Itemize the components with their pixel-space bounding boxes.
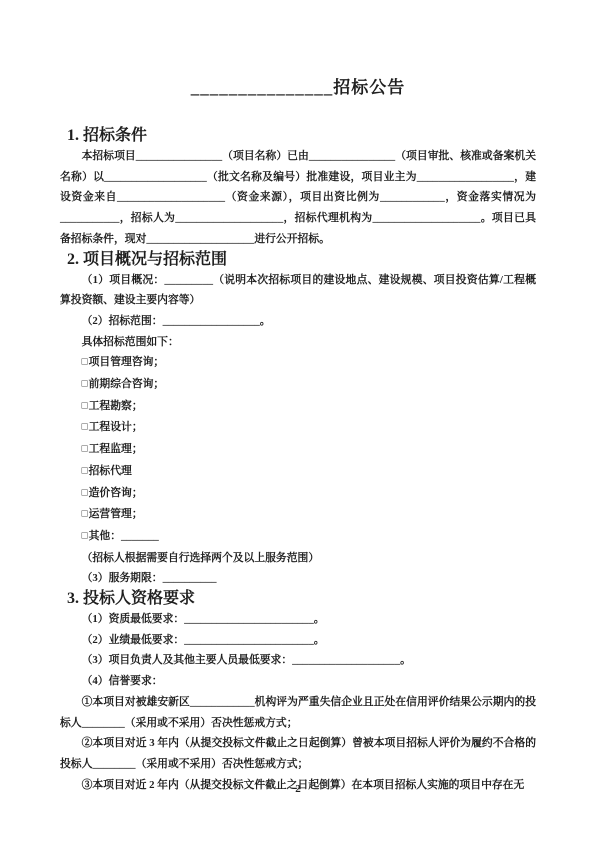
checkbox-unchecked-icon: □ xyxy=(82,396,88,417)
checkbox-item: □造价咨询； xyxy=(60,483,536,505)
section-3-heading: 3. 投标人资格要求 xyxy=(60,589,536,609)
project-overview-line: （1）项目概况：_________（说明本次招标项目的建设地点、建设规模、项目投… xyxy=(60,270,536,311)
qualification-requirement-line: （1）资质最低要求：________________________。 xyxy=(60,609,536,630)
checkbox-unchecked-icon: □ xyxy=(82,461,88,482)
page-number: 2 xyxy=(0,783,596,795)
credit-clause-1: ①本项目对被雄安新区____________机构评为严重失信企业且正处在信用评价… xyxy=(60,692,536,733)
checkbox-item: □工程设计； xyxy=(60,417,536,439)
credit-requirement-line: （4）信誉要求： xyxy=(60,671,536,692)
checkbox-item-label: 招标代理 xyxy=(89,465,132,477)
section-1-paragraph: 本招标项目________________（项目名称）已由___________… xyxy=(60,146,536,250)
scope-note-line: （招标人根据需要自行选择两个及以上服务范围） xyxy=(60,548,536,569)
document-page: _______________招标公告 1. 招标条件 本招标项目_______… xyxy=(0,0,596,843)
scope-intro-line: 具体招标范围如下： xyxy=(60,332,536,353)
checkbox-item-label: 造价咨询； xyxy=(89,487,143,499)
checkbox-item: □工程勘察； xyxy=(60,396,536,418)
tender-scope-line: （2）招标范围：__________________。 xyxy=(60,311,536,332)
checkbox-item-label: 其他：_______ xyxy=(89,530,159,542)
section-2-heading: 2. 项目概况与招标范围 xyxy=(60,250,536,270)
performance-requirement-line: （2）业绩最低要求：________________________。 xyxy=(60,630,536,651)
section-1-heading: 1. 招标条件 xyxy=(60,126,536,146)
personnel-requirement-line: （3）项目负责人及其他主要人员最低要求：____________________… xyxy=(60,650,536,671)
checkbox-item-label: 前期综合咨询； xyxy=(89,378,165,390)
checkbox-item-label: 工程设计； xyxy=(89,421,143,433)
checkbox-unchecked-icon: □ xyxy=(82,526,88,547)
checkbox-unchecked-icon: □ xyxy=(82,505,88,526)
checkbox-item: □项目管理咨询； xyxy=(60,352,536,374)
checkbox-unchecked-icon: □ xyxy=(82,483,88,504)
checkbox-item-label: 工程监理； xyxy=(89,443,143,455)
checkbox-item: □工程监理； xyxy=(60,439,536,461)
checkbox-unchecked-icon: □ xyxy=(82,440,88,461)
checkbox-item: □前期综合咨询； xyxy=(60,374,536,396)
document-content: _______________招标公告 1. 招标条件 本招标项目_______… xyxy=(60,76,536,795)
checkbox-item: □运营管理； xyxy=(60,504,536,526)
checkbox-unchecked-icon: □ xyxy=(82,353,88,374)
document-title: _______________招标公告 xyxy=(60,76,536,100)
checkbox-item: □其他：_______ xyxy=(60,526,536,548)
checkbox-item-label: 项目管理咨询； xyxy=(89,356,165,368)
checkbox-item: □招标代理 xyxy=(60,461,536,483)
service-period-line: （3）服务期限：__________ xyxy=(60,568,536,589)
checkbox-unchecked-icon: □ xyxy=(82,375,88,396)
credit-clause-2: ②本项目对近 3 年内（从提交投标文件截止之日起倒算）曾被本项目招标人评价为履约… xyxy=(60,733,536,774)
checkbox-unchecked-icon: □ xyxy=(82,418,88,439)
checkbox-item-label: 工程勘察； xyxy=(89,400,143,412)
checkbox-item-label: 运营管理； xyxy=(89,508,143,520)
